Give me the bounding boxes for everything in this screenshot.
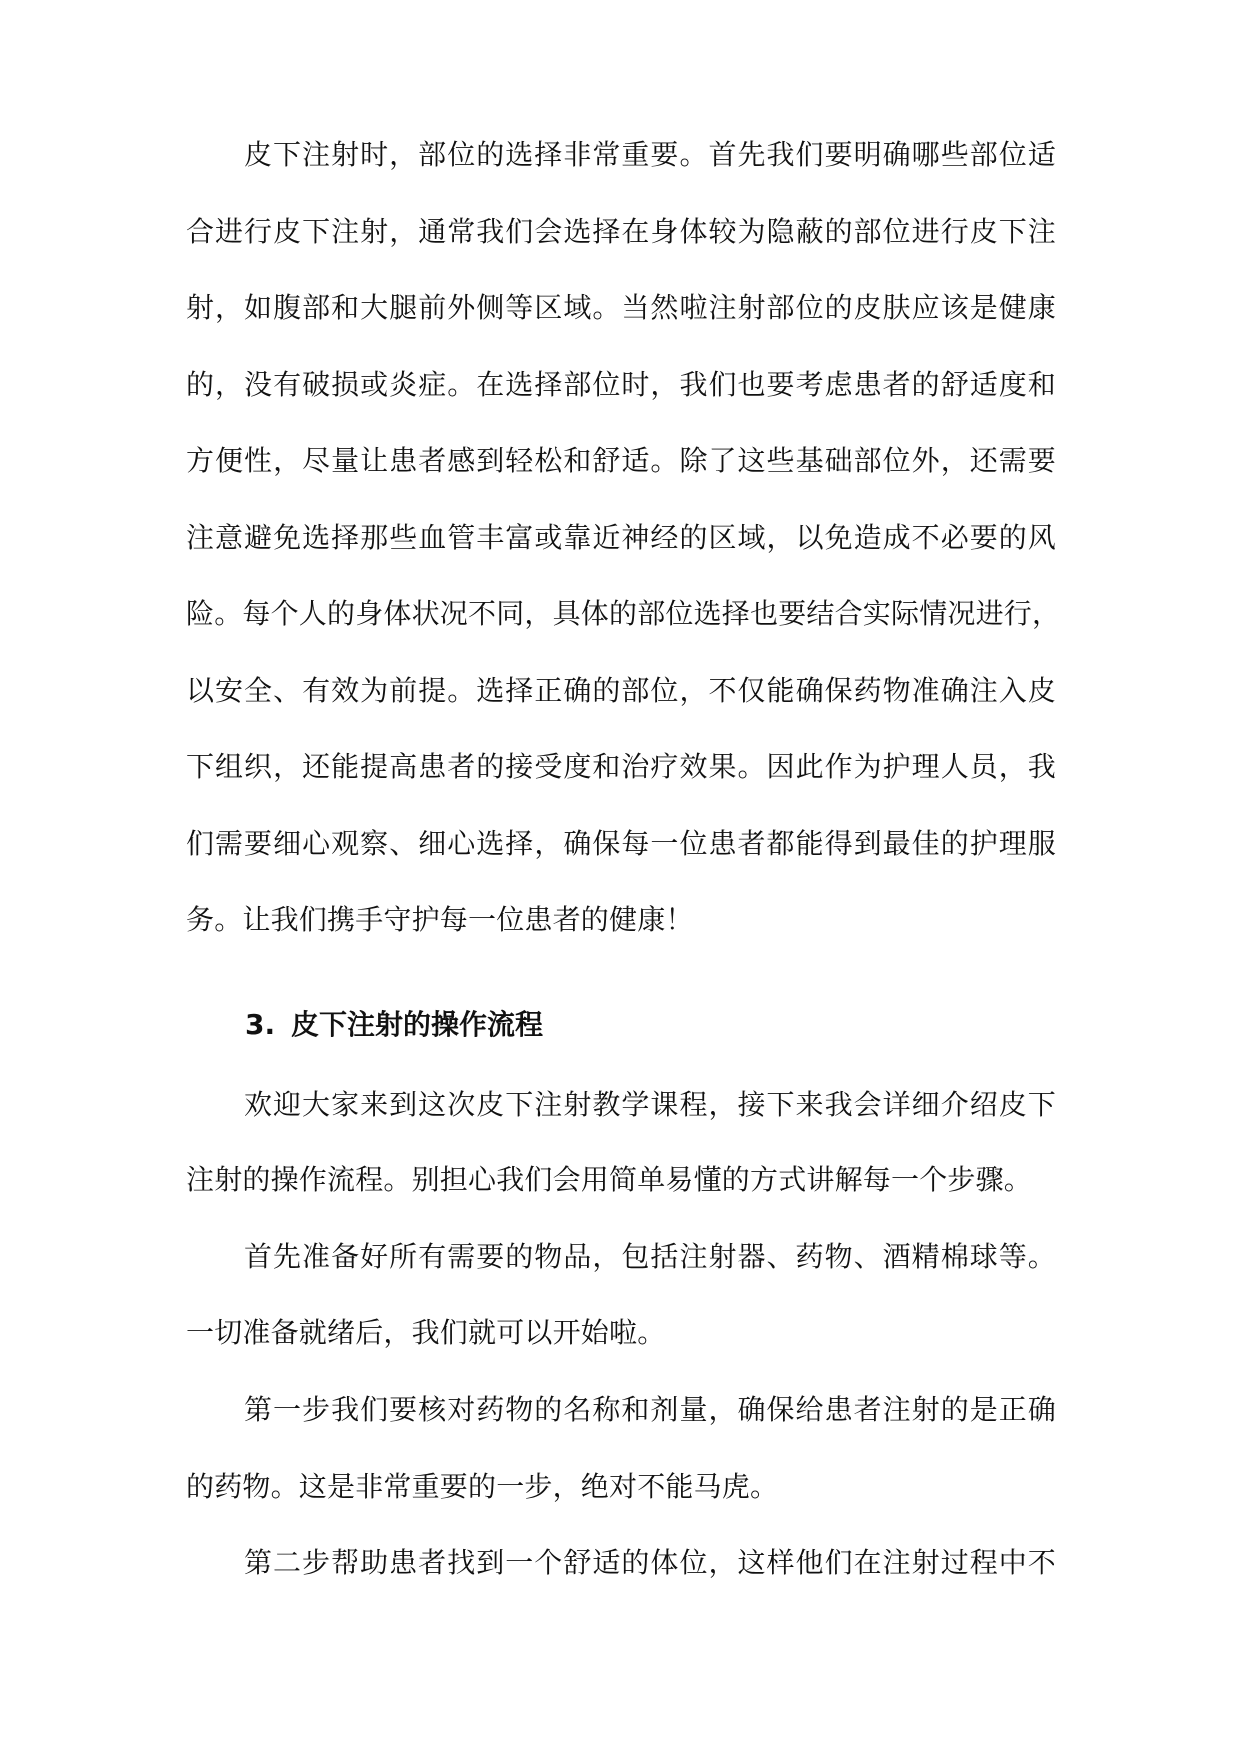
text-line: 皮下注射时，部位的选择非常重要。首先我们要明确哪些部位适 (244, 135, 1056, 175)
text-line: 们需要细心观察、细心选择，确保每一位患者都能得到最佳的护理服 (186, 824, 1056, 864)
section-heading: 3.皮下注射的操作流程 (245, 1005, 543, 1045)
text-line: 险。每个人的身体状况不同，具体的部位选择也要结合实际情况进行， (186, 594, 1056, 634)
text-line: 第一步我们要核对药物的名称和剂量，确保给患者注射的是正确 (244, 1390, 1056, 1430)
heading-number: 3. (245, 1005, 291, 1045)
text-line: 的药物。这是非常重要的一步，绝对不能马虎。 (186, 1467, 1056, 1507)
text-line: 合进行皮下注射，通常我们会选择在身体较为隐蔽的部位进行皮下注 (186, 212, 1056, 252)
heading-title: 皮下注射的操作流程 (291, 1008, 543, 1041)
text-line: 欢迎大家来到这次皮下注射教学课程，接下来我会详细介绍皮下 (244, 1085, 1056, 1125)
text-line: 方便性，尽量让患者感到轻松和舒适。除了这些基础部位外，还需要 (186, 441, 1056, 481)
document-page: 皮下注射时，部位的选择非常重要。首先我们要明确哪些部位适 合进行皮下注射，通常我… (0, 0, 1241, 1754)
text-line: 以安全、有效为前提。选择正确的部位，不仅能确保药物准确注入皮 (186, 671, 1056, 711)
text-line: 的，没有破损或炎症。在选择部位时，我们也要考虑患者的舒适度和 (186, 365, 1056, 405)
text-line: 注射的操作流程。别担心我们会用简单易懂的方式讲解每一个步骤。 (186, 1160, 1056, 1200)
text-line: 一切准备就绪后，我们就可以开始啦。 (186, 1313, 1056, 1353)
text-line: 务。让我们携手守护每一位患者的健康！ (186, 900, 1056, 940)
text-line: 射，如腹部和大腿前外侧等区域。当然啦注射部位的皮肤应该是健康 (186, 288, 1056, 328)
text-line: 首先准备好所有需要的物品，包括注射器、药物、酒精棉球等。 (244, 1237, 1056, 1277)
text-line: 下组织，还能提高患者的接受度和治疗效果。因此作为护理人员，我 (186, 747, 1056, 787)
text-line: 第二步帮助患者找到一个舒适的体位，这样他们在注射过程中不 (244, 1543, 1056, 1583)
text-line: 注意避免选择那些血管丰富或靠近神经的区域，以免造成不必要的风 (186, 518, 1056, 558)
